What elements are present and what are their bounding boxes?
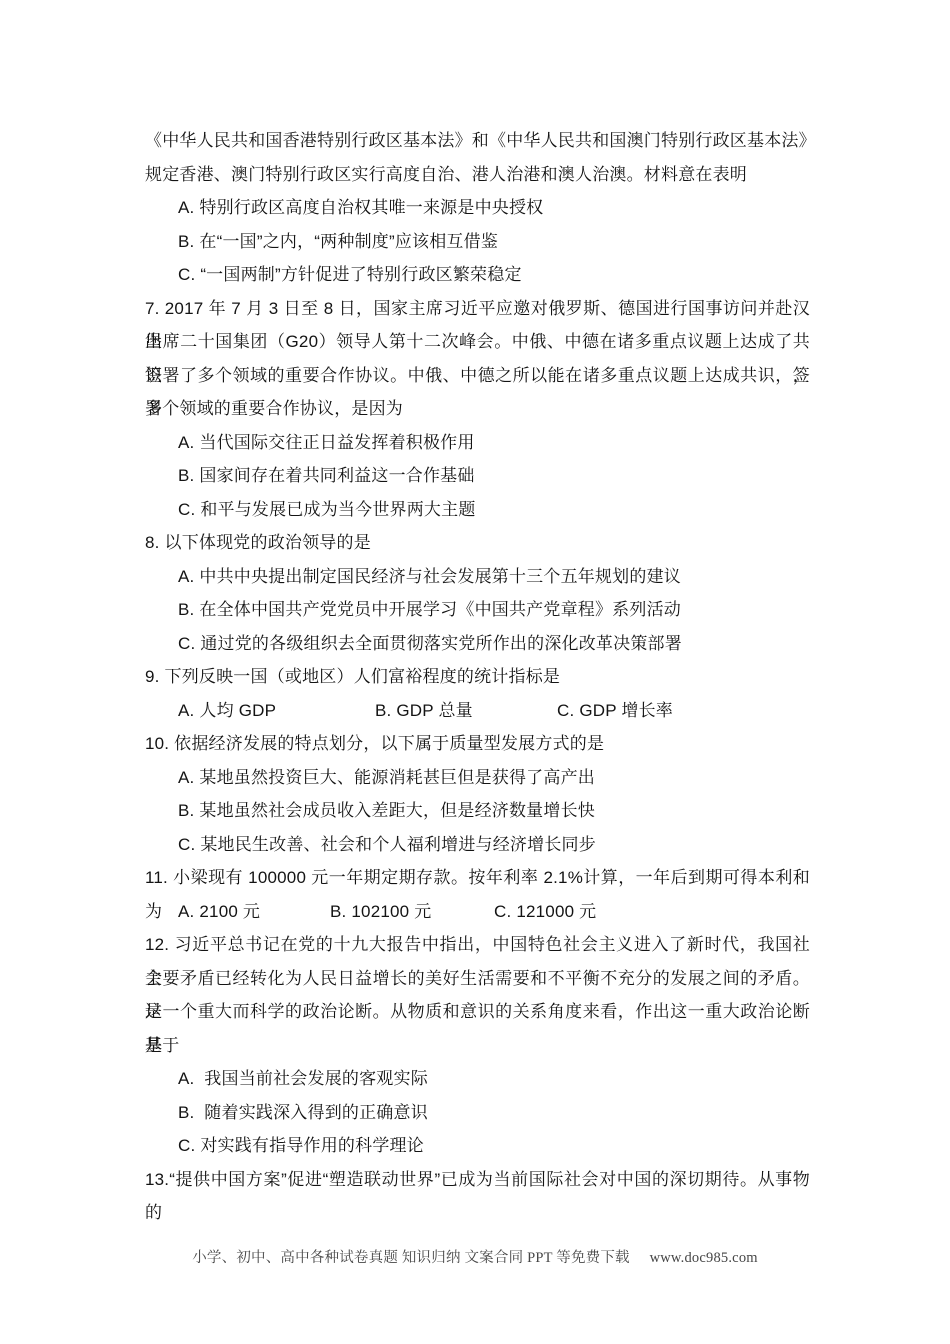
q9-options-row: A. 人均 GDPB. GDP 总量C. GDP 增长率 bbox=[145, 694, 810, 728]
q9-options-row-cell: B. GDP 总量 bbox=[375, 694, 557, 728]
q9-options-row-cell: C. GDP 增长率 bbox=[557, 694, 673, 728]
q7-option-b: B. 国家间存在着共同利益这一合作基础 bbox=[145, 459, 810, 493]
footer-site-link: www.doc985.com bbox=[650, 1250, 758, 1266]
q12-line-1: 12. 习近平总书记在党的十九大报告中指出，中国特色社会主义进入了新时代，我国社… bbox=[145, 928, 810, 962]
page-footer: 小学、初中、高中各种试卷真题 知识归纳 文案合同 PPT 等免费下载 www.d… bbox=[0, 1246, 950, 1267]
q11-options-row-cell: A. 2100 元 bbox=[178, 895, 330, 929]
q10-line-1: 10. 依据经济发展的特点划分，以下属于质量型发展方式的是 bbox=[145, 727, 810, 761]
exam-document-page: 《中华人民共和国香港特别行政区基本法》和《中华人民共和国澳门特别行政区基本法》规… bbox=[0, 0, 950, 1344]
q8-option-b: B. 在全体中国共产党党员中开展学习《中国共产党章程》系列活动 bbox=[145, 593, 810, 627]
q9-options-row-cell: A. 人均 GDP bbox=[178, 694, 375, 728]
q7-line-2: 出席二十国集团（G20）领导人第十二次峰会。中俄、中德在诸多重点议题上达成了共识… bbox=[145, 325, 810, 359]
q7-option-c: C. 和平与发展已成为当今世界两大主题 bbox=[145, 493, 810, 527]
q10-option-b: B. 某地虽然社会成员收入差距大，但是经济数量增长快 bbox=[145, 794, 810, 828]
q6-option-c: C. “一国两制”方针促进了特别行政区繁荣稳定 bbox=[145, 258, 810, 292]
q7-line-3: 签署了多个领域的重要合作协议。中俄、中德之所以能在诸多重点议题上达成共识，签署 bbox=[145, 359, 810, 393]
q8-line-1: 8. 以下体现党的政治领导的是 bbox=[145, 526, 810, 560]
q7-line-4: 多个领域的重要合作协议，是因为 bbox=[145, 392, 810, 426]
q10-option-c: C. 某地民生改善、社会和个人福利增进与经济增长同步 bbox=[145, 828, 810, 862]
q6-intro-line-2: 规定香港、澳门特别行政区实行高度自治、港人治港和澳人治澳。材料意在表明 bbox=[145, 158, 810, 192]
q12-option-b: B. 随着实践深入得到的正确意识 bbox=[145, 1096, 810, 1130]
q11-options-row: A. 2100 元B. 102100 元C. 121000 元 bbox=[145, 895, 810, 929]
q12-option-c: C. 对实践有指导作用的科学理论 bbox=[145, 1129, 810, 1163]
q12-line-2: 主要矛盾已经转化为人民日益增长的美好生活需要和不平衡不充分的发展之间的矛盾。这 bbox=[145, 962, 810, 996]
q12-line-4: 基于 bbox=[145, 1029, 810, 1063]
q11-options-row-cell: B. 102100 元 bbox=[330, 895, 494, 929]
footer-download-text: 小学、初中、高中各种试卷真题 知识归纳 文案合同 PPT 等免费下载 bbox=[192, 1250, 630, 1266]
q6-option-b: B. 在“一国”之内，“两种制度”应该相互借鉴 bbox=[145, 225, 810, 259]
q13-line-1: 13.“提供中国方案”促进“塑造联动世界”已成为当前国际社会对中国的深切期待。从… bbox=[145, 1163, 810, 1197]
document-lines: 《中华人民共和国香港特别行政区基本法》和《中华人民共和国澳门特别行政区基本法》规… bbox=[145, 124, 810, 1196]
q8-option-c: C. 通过党的各级组织去全面贯彻落实党所作出的深化改革决策部署 bbox=[145, 627, 810, 661]
q6-intro-line-1: 《中华人民共和国香港特别行政区基本法》和《中华人民共和国澳门特别行政区基本法》 bbox=[145, 124, 810, 158]
q11-options-row-cell: C. 121000 元 bbox=[494, 895, 596, 929]
q7-line-1: 7. 2017 年 7 月 3 日至 8 日，国家主席习近平应邀对俄罗斯、德国进… bbox=[145, 292, 810, 326]
q12-option-a: A. 我国当前社会发展的客观实际 bbox=[145, 1062, 810, 1096]
q12-line-3: 是一个重大而科学的政治论断。从物质和意识的关系角度来看，作出这一重大政治论断是 bbox=[145, 995, 810, 1029]
q10-option-a: A. 某地虽然投资巨大、能源消耗甚巨但是获得了高产出 bbox=[145, 761, 810, 795]
q6-option-a: A. 特别行政区高度自治权其唯一来源是中央授权 bbox=[145, 191, 810, 225]
q9-line-1: 9. 下列反映一国（或地区）人们富裕程度的统计指标是 bbox=[145, 660, 810, 694]
q11-line-1: 11. 小梁现有 100000 元一年期定期存款。按年利率 2.1%计算，一年后… bbox=[145, 861, 810, 895]
q8-option-a: A. 中共中央提出制定国民经济与社会发展第十三个五年规划的建议 bbox=[145, 560, 810, 594]
q7-option-a: A. 当代国际交往正日益发挥着积极作用 bbox=[145, 426, 810, 460]
